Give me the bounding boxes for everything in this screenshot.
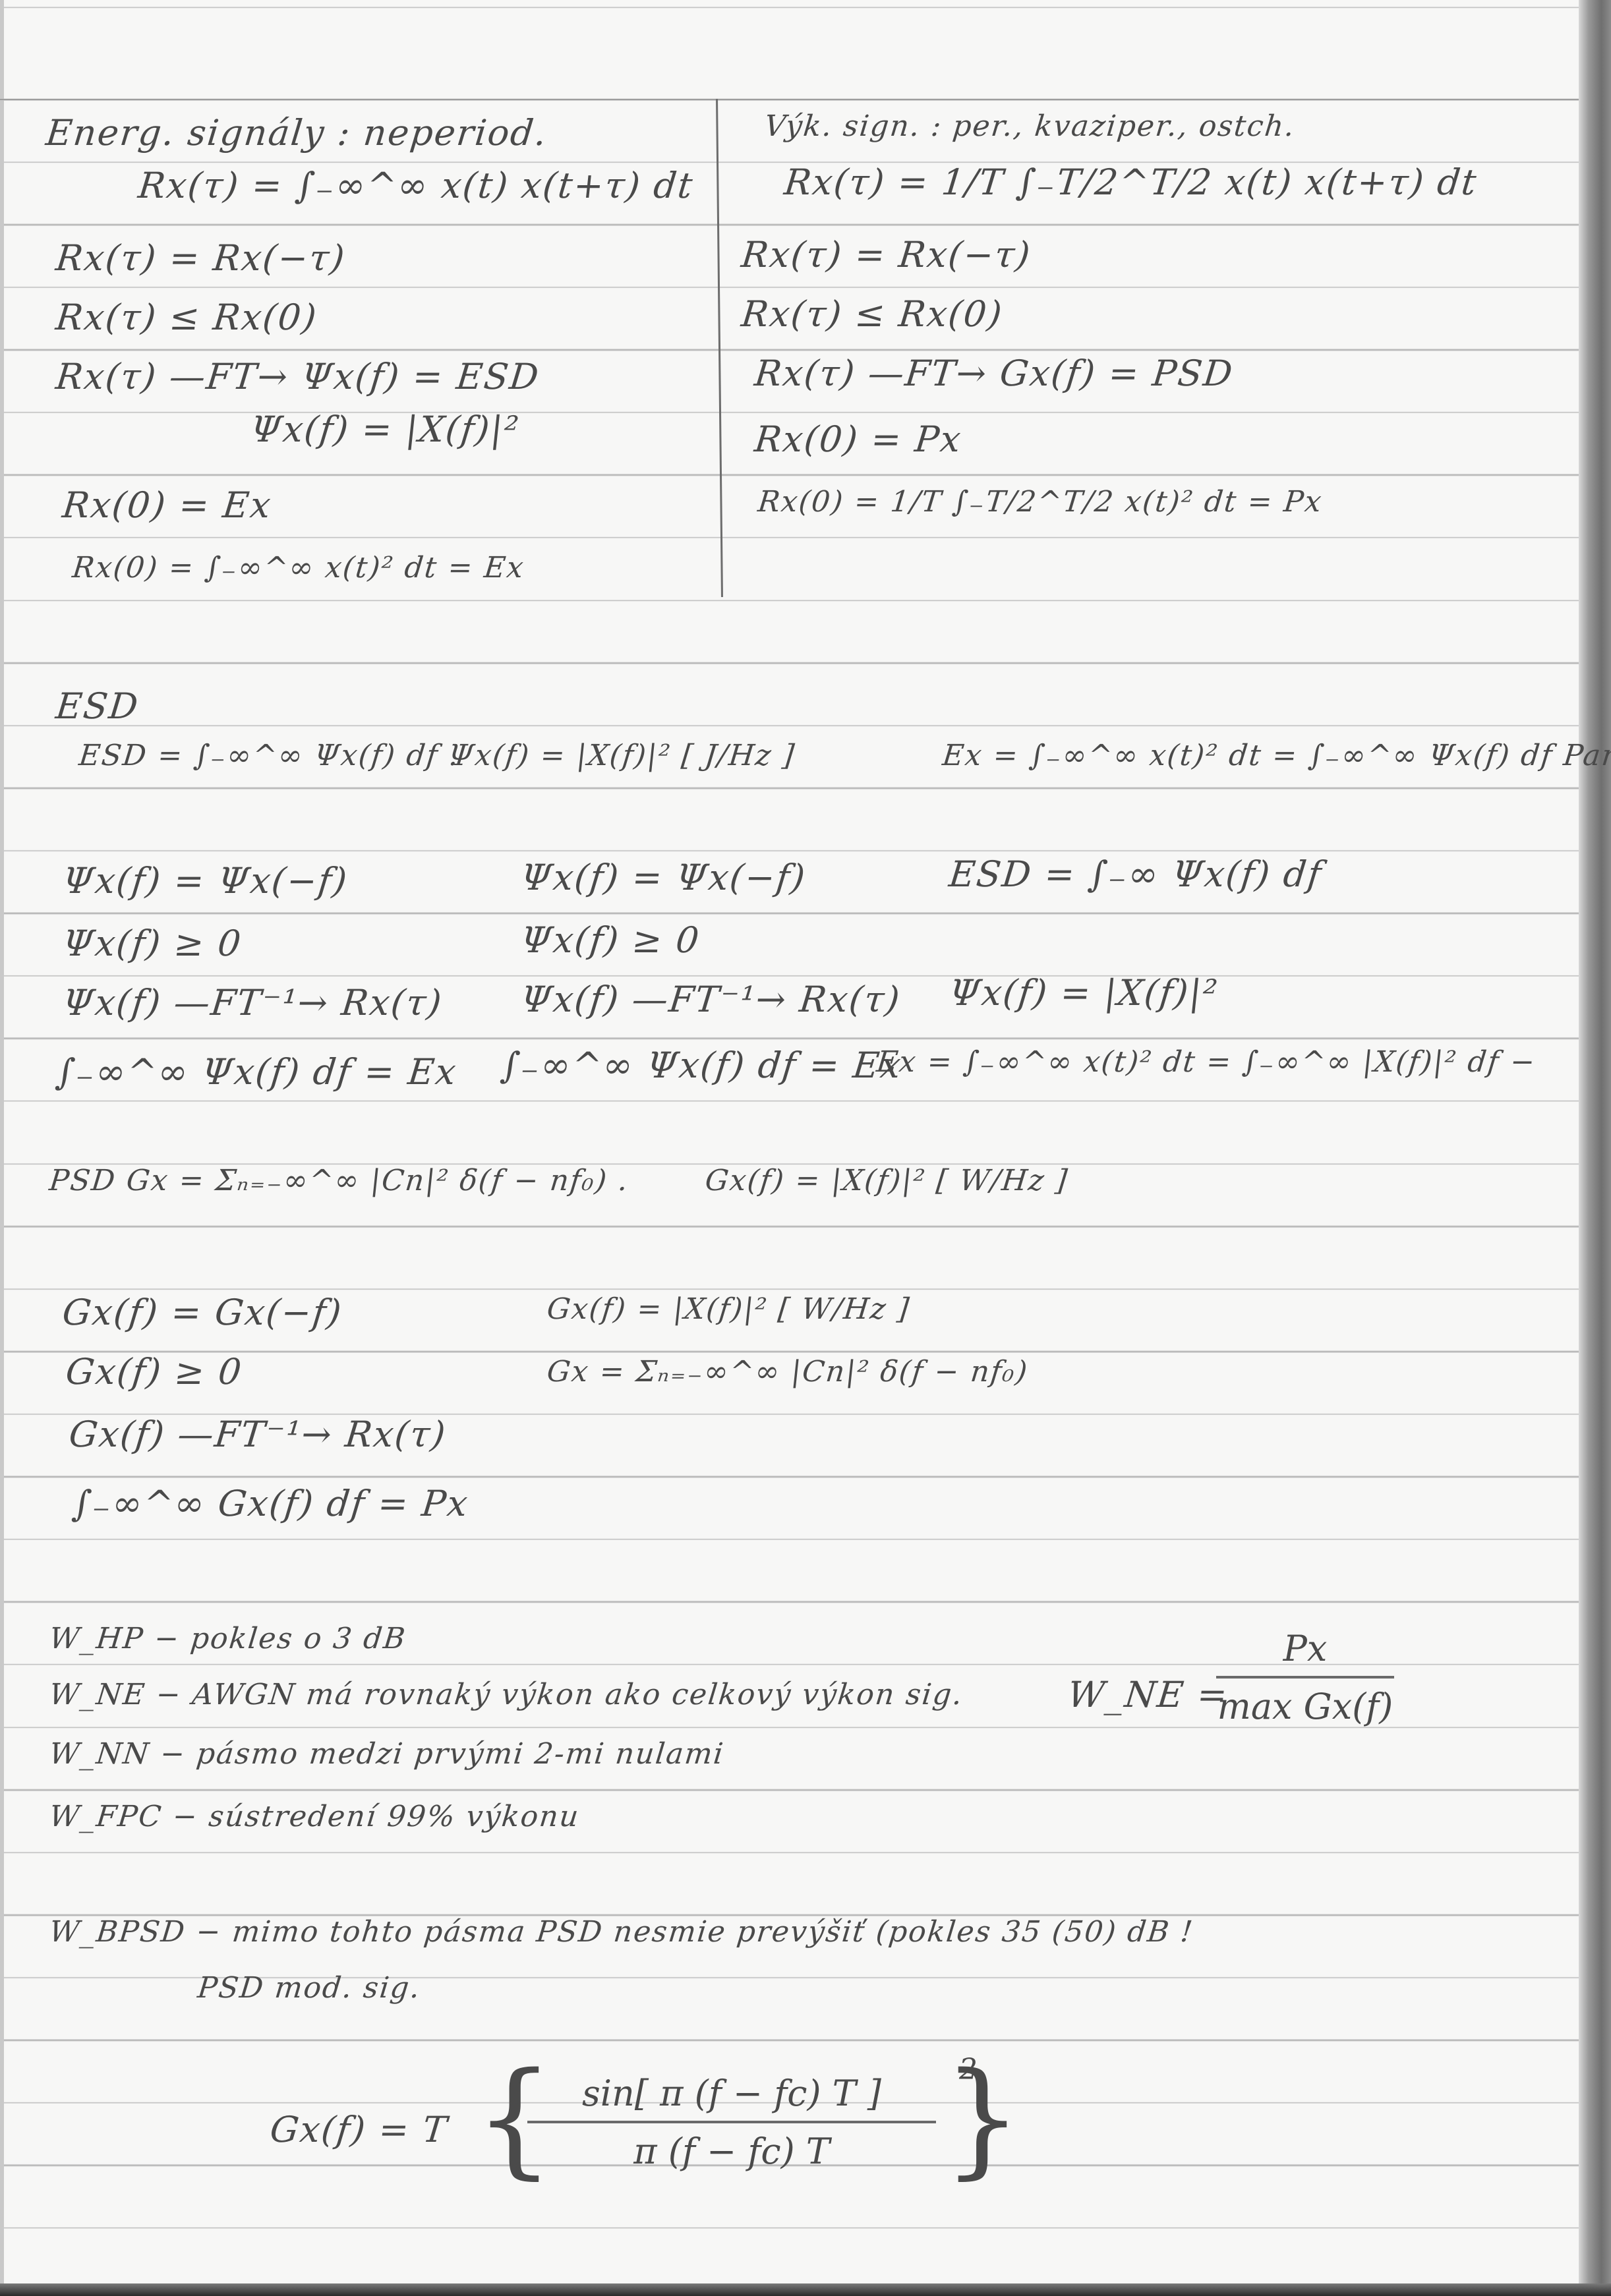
esd-integral: ESD = ∫₋∞^∞ Ψx(f) df . <box>78 741 461 770</box>
esd-b-symmetry: Ψx(f) = Ψx(−f) <box>519 860 807 896</box>
esd-b-inverse-ft: Ψx(f) —FT⁻¹→ Rx(τ) <box>519 982 902 1018</box>
wne-formula-lhs: W_NE = <box>1066 1677 1230 1713</box>
energy-autocorrelation-definition: Rx(τ) = ∫₋∞^∞ x(t) x(t+τ) dt <box>136 168 695 204</box>
esd-b-integral-ex: ∫₋∞^∞ Ψx(f) df = Ex <box>499 1048 904 1083</box>
top-ruled-line <box>0 99 1579 100</box>
esd-c-parseval: Ex = ∫₋∞^∞ x(t)² dt = ∫₋∞^∞ |X(f)|² df − <box>875 1048 1538 1077</box>
page-binding-edge <box>1579 0 1611 2296</box>
psd-a-symmetry: Gx(f) = Gx(−f) <box>61 1295 344 1331</box>
energy-signals-heading: Energ. signály : neperiod. <box>44 115 549 151</box>
psd-a-inverse-ft: Gx(f) —FT⁻¹→ Rx(τ) <box>67 1417 448 1452</box>
bandwidth-whp: W_HP − pokles o 3 dB <box>48 1624 408 1653</box>
wne-formula-fraction: Px max Gx(f) <box>1216 1631 1394 1725</box>
energy-rx0-ex: Rx(0) = Ex <box>61 488 274 523</box>
psd-b-sum: Gx = Σₙ₌₋∞^∞ |Cn|² δ(f − nf₀) <box>546 1358 1030 1387</box>
psd-units: Gx(f) = |X(f)|² [ W/Hz ] <box>704 1166 1070 1195</box>
esd-c-magnitude: Ψx(f) = |X(f)|² <box>947 975 1220 1011</box>
final-formula-lhs: Gx(f) = T <box>268 2112 450 2148</box>
esd-units: Ψx(f) = |X(f)|² [ J/Hz ] <box>447 741 797 770</box>
energy-max-at-zero: Rx(τ) ≤ Rx(0) <box>54 300 319 335</box>
psd-a-integral-px: ∫₋∞^∞ Gx(f) df = Px <box>71 1486 470 1522</box>
bandwidth-wne: W_NE − AWGN má rovnaký výkon ako celkový… <box>48 1680 965 1709</box>
final-numerator: sin[ π (f − fc) T ] <box>527 2076 936 2123</box>
esd-a-nonnegative: Ψx(f) ≥ 0 <box>61 926 244 961</box>
esd-section-heading: ESD <box>54 689 140 724</box>
wne-numerator: Px <box>1216 1631 1394 1679</box>
power-rx0-integral: Rx(0) = 1/T ∫₋T/2^T/2 x(t)² dt = Px <box>757 488 1324 517</box>
bandwidth-wnn: W_NN − pásmo medzi prvými 2-mi nulami <box>48 1740 726 1769</box>
power-symmetry: Rx(τ) = Rx(−τ) <box>740 237 1033 273</box>
esd-a-symmetry: Ψx(f) = Ψx(−f) <box>61 863 349 899</box>
esd-c-integral: ESD = ∫₋∞ Ψx(f) df <box>947 857 1324 892</box>
wne-denominator: max Gx(f) <box>1216 1679 1394 1725</box>
psd-a-nonnegative: Gx(f) ≥ 0 <box>64 1354 244 1390</box>
psd-modulated-signal-label: PSD mod. sig. <box>196 1974 423 2003</box>
bandwidth-wfpc: W_FPC − sústredení 99% výkonu <box>48 1802 581 1831</box>
final-formula-close-brace: } <box>943 2056 1022 2181</box>
esd-b-nonnegative: Ψx(f) ≥ 0 <box>519 923 702 958</box>
energy-rx0-integral: Rx(0) = ∫₋∞^∞ x(t)² dt = Ex <box>71 554 526 583</box>
psd-b-magnitude: Gx(f) = |X(f)|² [ W/Hz ] <box>546 1295 912 1324</box>
power-signals-heading: Výk. sign. : per., kvaziper., ostch. <box>763 112 1297 141</box>
energy-symmetry: Rx(τ) = Rx(−τ) <box>54 241 347 276</box>
bandwidth-wbpsd: W_BPSD − mimo tohto pásma PSD nesmie pre… <box>48 1918 1195 1947</box>
power-rx0-px: Rx(0) = Px <box>753 422 964 457</box>
energy-esd-magnitude: Ψx(f) = |X(f)|² <box>249 412 521 447</box>
power-max-at-zero: Rx(τ) ≤ Rx(0) <box>740 297 1005 332</box>
esd-a-inverse-ft: Ψx(f) —FT⁻¹→ Rx(τ) <box>61 985 444 1021</box>
final-formula-exponent: 2 <box>959 2053 978 2086</box>
final-formula-fraction: sin[ π (f − fc) T ] π (f − fc) T <box>527 2076 936 2169</box>
esd-parseval: Ex = ∫₋∞^∞ x(t)² dt = ∫₋∞^∞ Ψx(f) df Par… <box>941 741 1611 770</box>
power-ft-to-psd: Rx(τ) —FT→ Gx(f) = PSD <box>753 356 1235 391</box>
final-denominator: π (f − fc) T <box>527 2123 936 2169</box>
psd-sum-definition: PSD Gx = Σₙ₌₋∞^∞ |Cn|² δ(f − nf₀) . <box>48 1166 630 1195</box>
page-bottom-edge <box>0 2283 1611 2296</box>
power-autocorrelation-definition: Rx(τ) = 1/T ∫₋T/2^T/2 x(t) x(t+τ) dt <box>782 165 1479 200</box>
energy-ft-to-esd: Rx(τ) —FT→ Ψx(f) = ESD <box>54 359 541 395</box>
esd-a-integral-ex: ∫₋∞^∞ Ψx(f) df = Ex <box>54 1054 459 1090</box>
